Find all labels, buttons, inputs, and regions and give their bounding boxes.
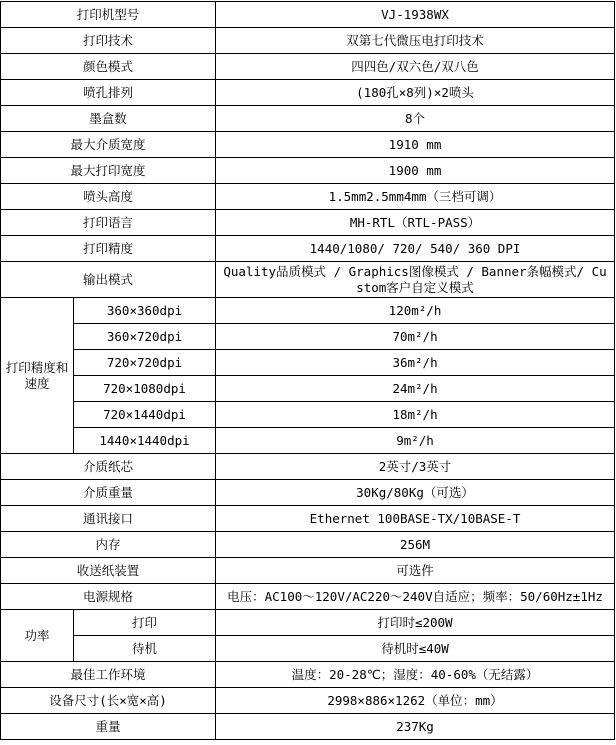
spec-sub-value: 36m²/h [216,350,615,376]
spec-label: 介质重量 [1,480,216,506]
spec-value: 2998×886×1262（单位：mm） [216,688,615,714]
spec-row: 内存256M [1,532,615,558]
spec-value: 237Kg [216,714,615,740]
spec-value: 1910 mm [216,132,615,158]
spec-row: 喷孔排列(180孔×8列)×2喷头 [1,80,615,106]
spec-label: 打印语言 [1,210,216,236]
spec-label: 最大介质宽度 [1,132,216,158]
spec-table-body: 打印机型号VJ-1938WX打印技术双第七代微压电打印技术颜色模式四四色/双六色… [1,2,615,740]
spec-sub-label: 待机 [74,636,216,662]
spec-value: 8个 [216,106,615,132]
spec-sub-value: 打印时≤200W [216,610,615,636]
spec-sub-row: 功率打印打印时≤200W [1,610,615,636]
spec-value: 30Kg/80Kg（可选） [216,480,615,506]
spec-value: MH-RTL（RTL-PASS） [216,210,615,236]
spec-label: 设备尺寸(长×宽×高) [1,688,216,714]
spec-sub-row: 720×1080dpi24m²/h [1,376,615,402]
spec-sub-value: 18m²/h [216,402,615,428]
spec-label: 输出模式 [1,262,216,298]
spec-sub-label: 360×720dpi [74,324,216,350]
spec-row: 收送纸装置可选件 [1,558,615,584]
spec-label: 内存 [1,532,216,558]
spec-sub-label: 360×360dpi [74,298,216,324]
spec-sub-row: 待机待机时≤40W [1,636,615,662]
spec-row: 通讯接口Ethernet 100BASE-TX/10BASE-T [1,506,615,532]
spec-row: 重量237Kg [1,714,615,740]
spec-label: 打印精度 [1,236,216,262]
spec-sub-value: 待机时≤40W [216,636,615,662]
spec-sub-value: 70m²/h [216,324,615,350]
spec-sub-label: 1440×1440dpi [74,428,216,454]
spec-row: 设备尺寸(长×宽×高)2998×886×1262（单位：mm） [1,688,615,714]
spec-group-label: 打印精度和速度 [1,298,74,454]
spec-row: 最大介质宽度1910 mm [1,132,615,158]
spec-row: 最大打印宽度1900 mm [1,158,615,184]
spec-sub-label: 720×720dpi [74,350,216,376]
spec-value: 电压：AC100～120V/AC220～240V自适应；频率：50/60Hz±1… [216,584,615,610]
spec-label: 喷头高度 [1,184,216,210]
spec-label: 通讯接口 [1,506,216,532]
spec-label: 电源规格 [1,584,216,610]
spec-label: 收送纸装置 [1,558,216,584]
spec-sub-row: 1440×1440dpi9m²/h [1,428,615,454]
spec-sub-row: 720×720dpi36m²/h [1,350,615,376]
spec-row: 打印精度1440/1080/ 720/ 540/ 360 DPI [1,236,615,262]
spec-value: 2英寸/3英寸 [216,454,615,480]
spec-row: 输出模式Quality品质模式 / Graphics图像模式 / Banner条… [1,262,615,298]
spec-value: 可选件 [216,558,615,584]
spec-sub-value: 24m²/h [216,376,615,402]
spec-value: 1.5mm2.5mm4mm（三档可调） [216,184,615,210]
spec-sub-label: 720×1440dpi [74,402,216,428]
spec-sub-row: 360×720dpi70m²/h [1,324,615,350]
spec-sub-row: 720×1440dpi18m²/h [1,402,615,428]
spec-value: 1440/1080/ 720/ 540/ 360 DPI [216,236,615,262]
spec-row: 打印技术双第七代微压电打印技术 [1,28,615,54]
spec-label: 打印技术 [1,28,216,54]
spec-value: 温度：20-28℃；湿度：40-60%（无结露） [216,662,615,688]
spec-row: 颜色模式四四色/双六色/双八色 [1,54,615,80]
spec-value: Ethernet 100BASE-TX/10BASE-T [216,506,615,532]
spec-row: 喷头高度1.5mm2.5mm4mm（三档可调） [1,184,615,210]
spec-row: 墨盒数8个 [1,106,615,132]
spec-value: Quality品质模式 / Graphics图像模式 / Banner条幅模式/… [216,262,615,298]
spec-value: VJ-1938WX [216,2,615,28]
spec-label: 最大打印宽度 [1,158,216,184]
spec-label: 最佳工作环境 [1,662,216,688]
spec-row: 介质纸芯2英寸/3英寸 [1,454,615,480]
printer-spec-page: 打印机型号VJ-1938WX打印技术双第七代微压电打印技术颜色模式四四色/双六色… [0,0,616,745]
spec-sub-row: 打印精度和速度360×360dpi120m²/h [1,298,615,324]
spec-row: 最佳工作环境温度：20-28℃；湿度：40-60%（无结露） [1,662,615,688]
printer-spec-table: 打印机型号VJ-1938WX打印技术双第七代微压电打印技术颜色模式四四色/双六色… [0,1,615,740]
spec-row: 打印语言MH-RTL（RTL-PASS） [1,210,615,236]
spec-label: 打印机型号 [1,2,216,28]
spec-sub-label: 打印 [74,610,216,636]
spec-value: 双第七代微压电打印技术 [216,28,615,54]
spec-value: 256M [216,532,615,558]
spec-label: 介质纸芯 [1,454,216,480]
spec-value: 四四色/双六色/双八色 [216,54,615,80]
spec-row: 打印机型号VJ-1938WX [1,2,615,28]
spec-row: 介质重量30Kg/80Kg（可选） [1,480,615,506]
spec-label: 颜色模式 [1,54,216,80]
spec-sub-label: 720×1080dpi [74,376,216,402]
spec-label: 墨盒数 [1,106,216,132]
spec-row: 电源规格电压：AC100～120V/AC220～240V自适应；频率：50/60… [1,584,615,610]
spec-label: 重量 [1,714,216,740]
spec-sub-value: 120m²/h [216,298,615,324]
spec-value: (180孔×8列)×2喷头 [216,80,615,106]
spec-value: 1900 mm [216,158,615,184]
spec-label: 喷孔排列 [1,80,216,106]
spec-sub-value: 9m²/h [216,428,615,454]
spec-group-label: 功率 [1,610,74,662]
